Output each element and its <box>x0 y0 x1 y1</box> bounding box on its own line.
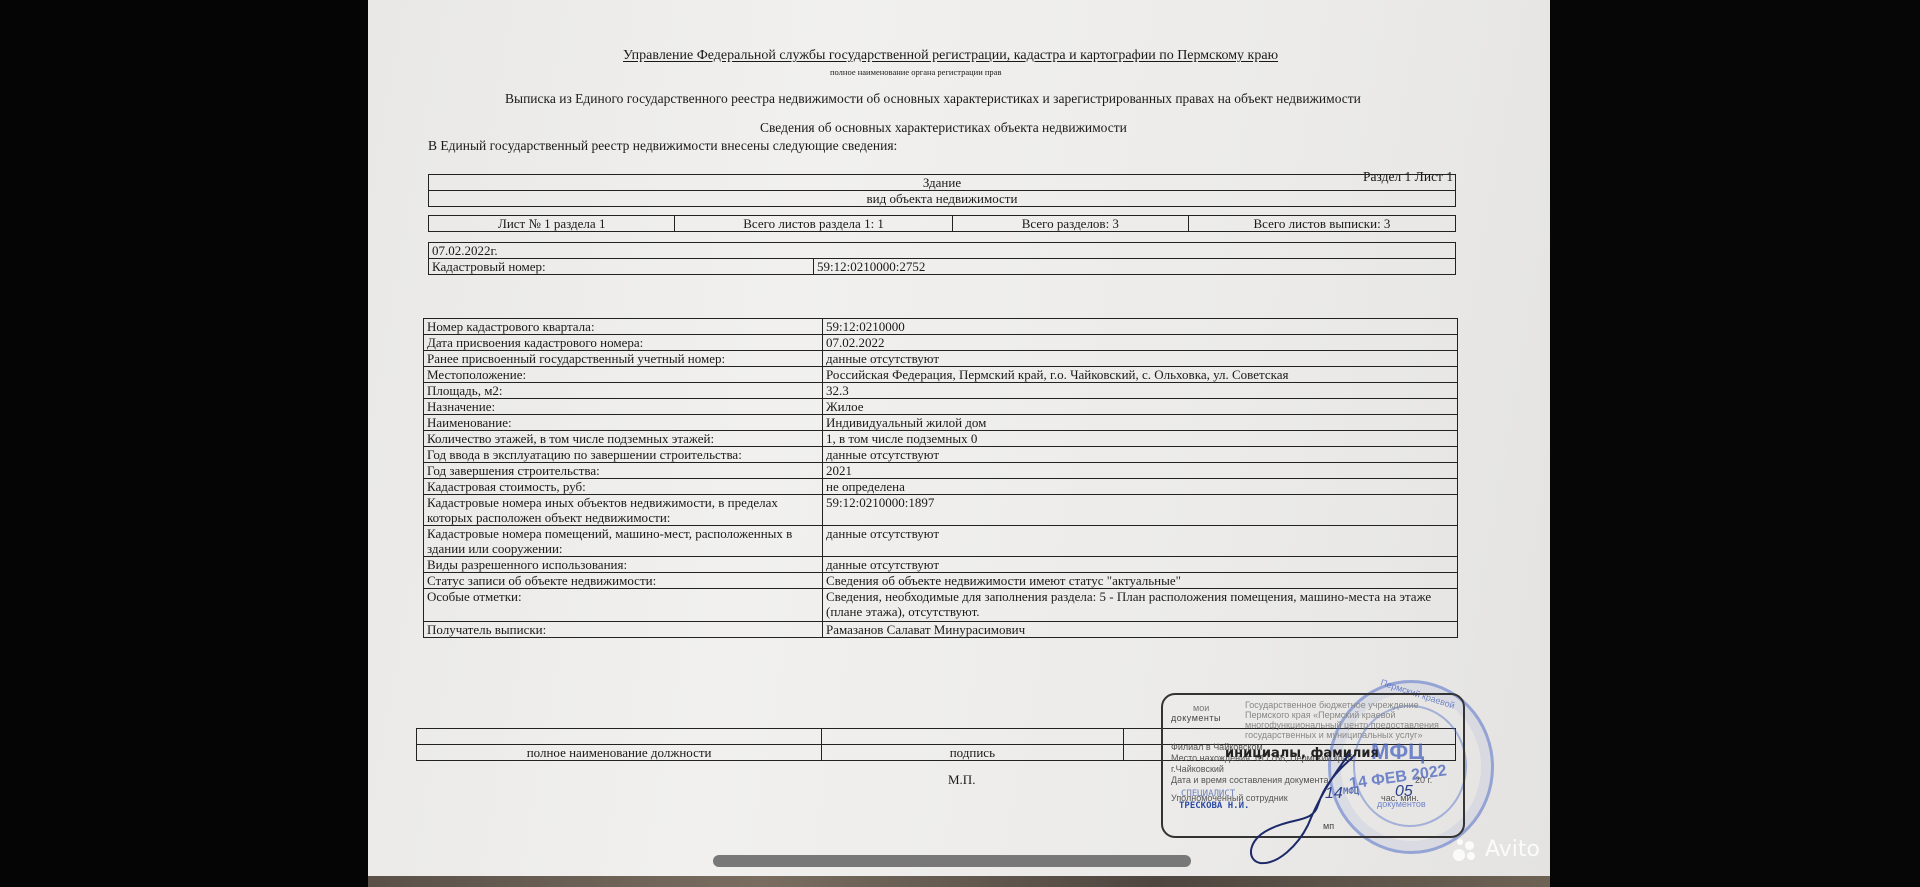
object-type: Здание <box>429 175 1456 191</box>
table-row: Год ввода в эксплуатацию по завершении с… <box>424 447 1458 463</box>
row-value: не определена <box>823 479 1458 495</box>
row-value: 59:12:0210000 <box>823 319 1458 335</box>
row-label: Кадастровые номера помещений, машино-мес… <box>424 526 823 557</box>
table-row: Получатель выписки:Рамазанов Салават Мин… <box>424 622 1458 638</box>
position-caption: полное наименование должности <box>417 745 822 761</box>
signature-field <box>822 729 1123 745</box>
stamp-logo: документы <box>1171 713 1221 723</box>
row-value: данные отсутствуют <box>823 526 1458 557</box>
table-row: Особые отметки:Сведения, необходимые для… <box>424 589 1458 622</box>
section-title: Сведения об основных характеристиках объ… <box>760 120 1127 136</box>
stamp-city: г.Чайковский <box>1171 764 1224 774</box>
stamp-organization: Государственное бюджетное учреждение Пер… <box>1245 700 1455 740</box>
table-row: Кадастровые номера помещений, машино-мес… <box>424 526 1458 557</box>
row-value: данные отсутствуют <box>823 557 1458 573</box>
avito-brand: Avito <box>1485 837 1540 862</box>
extract-date: 07.02.2022г. <box>429 243 1456 259</box>
stamp-minutes: 05 <box>1395 783 1413 801</box>
row-label: Номер кадастрового квартала: <box>424 319 823 335</box>
table-row: Кадастровая стоимость, руб:не определена <box>424 479 1458 495</box>
row-value: Жилое <box>823 399 1458 415</box>
table-row: Статус записи об объекте недвижимости:Св… <box>424 573 1458 589</box>
cadastral-value: 59:12:0210000:2752 <box>814 259 1456 275</box>
intro-text: В Единый государственный реестр недвижим… <box>428 138 897 154</box>
row-value: 1, в том числе подземных 0 <box>823 431 1458 447</box>
row-label: Площадь, м2: <box>424 383 823 399</box>
row-value: Российская Федерация, Пермский край, г.о… <box>823 367 1458 383</box>
background-left <box>0 0 368 887</box>
table-row: Наименование:Индивидуальный жилой дом <box>424 415 1458 431</box>
characteristics-table: Номер кадастрового квартала:59:12:021000… <box>423 318 1458 638</box>
total-sheets: Всего листов выписки: 3 <box>1188 216 1455 232</box>
table-row: Назначение:Жилое <box>424 399 1458 415</box>
table-row: Количество этажей, в том числе подземных… <box>424 431 1458 447</box>
row-label: Год ввода в эксплуатацию по завершении с… <box>424 447 823 463</box>
object-type-caption: вид объекта недвижимости <box>429 191 1456 207</box>
row-label: Ранее присвоенный государственный учетны… <box>424 351 823 367</box>
background-bottom <box>368 876 1550 887</box>
document-page: Управление Федеральной службы государств… <box>368 0 1550 876</box>
row-label: Кадастровые номера иных объектов недвижи… <box>424 495 823 526</box>
home-indicator[interactable] <box>713 855 1191 867</box>
total-sections: Всего разделов: 3 <box>952 216 1188 232</box>
avito-logo-icon <box>1453 839 1479 861</box>
stamp-logo-top: мои <box>1193 703 1209 713</box>
table-row: Дата присвоения кадастрового номера:07.0… <box>424 335 1458 351</box>
table-row: Год завершения строительства:2021 <box>424 463 1458 479</box>
row-label: Дата присвоения кадастрового номера: <box>424 335 823 351</box>
cadastral-label: Кадастровый номер: <box>429 259 814 275</box>
sheet-number: Лист № 1 раздела 1 <box>429 216 675 232</box>
row-value: 07.02.2022 <box>823 335 1458 351</box>
handwritten-signature-icon <box>1238 745 1388 875</box>
sheets-table: Лист № 1 раздела 1 Всего листов раздела … <box>428 215 1456 232</box>
row-label: Местоположение: <box>424 367 823 383</box>
row-label: Год завершения строительства: <box>424 463 823 479</box>
position-field <box>417 729 822 745</box>
row-label: Наименование: <box>424 415 823 431</box>
stamp-specialist: СПЕЦИАЛИСТ <box>1181 789 1235 799</box>
row-label: Кадастровая стоимость, руб: <box>424 479 823 495</box>
agency-name: Управление Федеральной службы государств… <box>623 48 1278 64</box>
table-row: Виды разрешенного использования:данные о… <box>424 557 1458 573</box>
row-label: Особые отметки: <box>424 589 823 622</box>
object-type-table: Здание вид объекта недвижимости <box>428 174 1456 207</box>
row-label: Статус записи об объекте недвижимости: <box>424 573 823 589</box>
table-row: Номер кадастрового квартала:59:12:021000… <box>424 319 1458 335</box>
row-label: Виды разрешенного использования: <box>424 557 823 573</box>
table-row: Кадастровые номера иных объектов недвижи… <box>424 495 1458 526</box>
row-value: данные отсутствуют <box>823 351 1458 367</box>
row-label: Количество этажей, в том числе подземных… <box>424 431 823 447</box>
table-row: Площадь, м2:32.3 <box>424 383 1458 399</box>
row-value: Рамазанов Салават Минурасимович <box>823 622 1458 638</box>
row-value: Сведения об объекте недвижимости имеют с… <box>823 573 1458 589</box>
agency-caption: полное наименование органа регистрации п… <box>830 67 1001 77</box>
background-right <box>1550 0 1920 887</box>
row-value: Индивидуальный жилой дом <box>823 415 1458 431</box>
row-value: 59:12:0210000:1897 <box>823 495 1458 526</box>
document-title: Выписка из Единого государственного реес… <box>505 91 1361 107</box>
row-label: Назначение: <box>424 399 823 415</box>
table-row: Ранее присвоенный государственный учетны… <box>424 351 1458 367</box>
row-value: 2021 <box>823 463 1458 479</box>
avito-watermark: Avito <box>1453 837 1540 862</box>
cadastral-table: 07.02.2022г. Кадастровый номер: 59:12:02… <box>428 242 1456 275</box>
row-value: 32.3 <box>823 383 1458 399</box>
signature-caption: подпись <box>822 745 1123 761</box>
row-value: данные отсутствуют <box>823 447 1458 463</box>
row-value: Сведения, необходимые для заполнения раз… <box>823 589 1458 622</box>
table-row: Местоположение:Российская Федерация, Пер… <box>424 367 1458 383</box>
stamp-year: 20 г. <box>1415 775 1432 785</box>
seal-caption: М.П. <box>948 772 975 788</box>
row-label: Получатель выписки: <box>424 622 823 638</box>
sheets-in-section: Всего листов раздела 1: 1 <box>675 216 952 232</box>
